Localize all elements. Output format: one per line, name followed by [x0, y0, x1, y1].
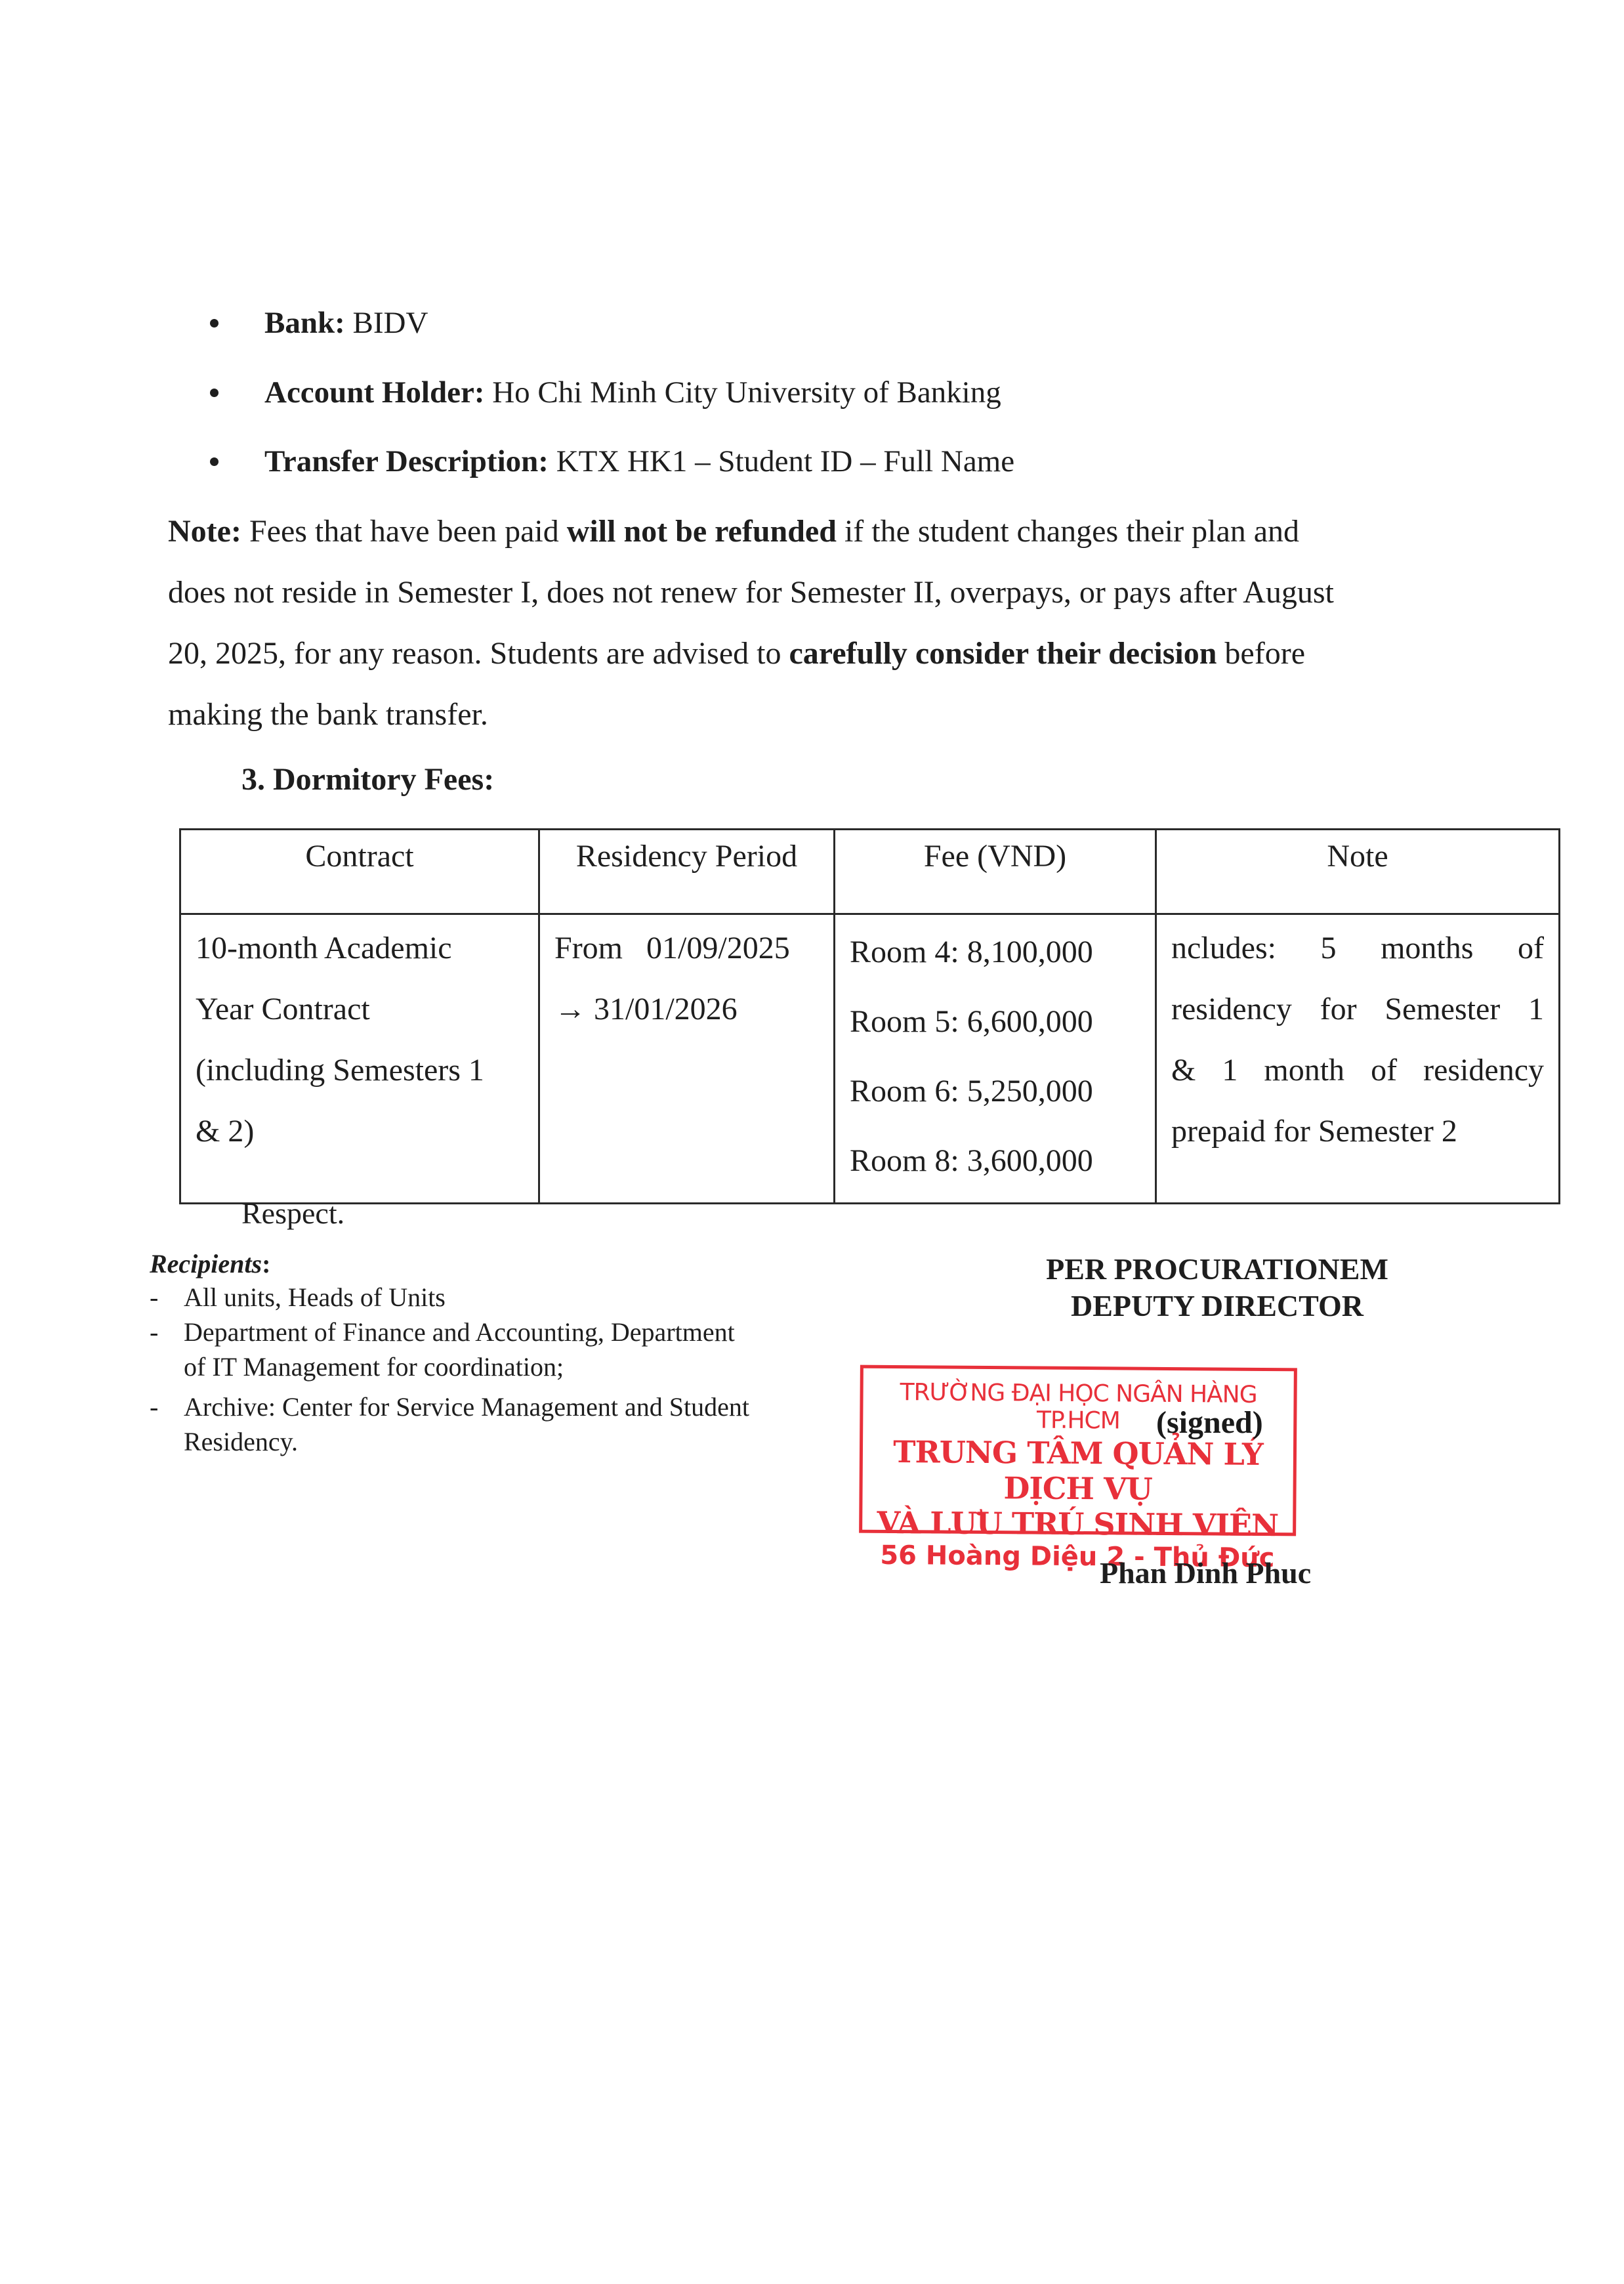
period-line: From 01/09/2025: [554, 918, 833, 979]
dash-icon: -: [150, 1315, 158, 1349]
section-heading: 3. Dormitory Fees:: [241, 761, 494, 797]
period-line: → 31/01/2026: [554, 979, 833, 1040]
bank-label: Bank:: [264, 306, 345, 340]
note-text: does not reside in Semester I, does not …: [168, 562, 1507, 623]
transfer-description-value: KTX HK1 – Student ID – Full Name: [556, 444, 1014, 478]
fee-room-4: Room 4: 8,100,000: [850, 918, 1155, 987]
header-note: Note: [1156, 830, 1560, 914]
contract-line: Year Contract: [196, 979, 538, 1040]
header-residency-period: Residency Period: [539, 830, 835, 914]
recipients-list: - All units, Heads of Units - Department…: [150, 1280, 749, 1459]
bullet-icon: [210, 389, 219, 397]
fee-room-6: Room 6: 5,250,000: [850, 1057, 1155, 1126]
note-text: making the bank transfer.: [168, 684, 1507, 745]
signature-title: PER PROCURATIONEM DEPUTY DIRECTOR: [938, 1251, 1496, 1324]
note-text: 20, 2025, for any reason. Students are a…: [168, 636, 789, 671]
note-emphasis: carefully consider their decision: [789, 636, 1217, 671]
note-line: ncludes: 5 months of: [1171, 918, 1544, 979]
account-holder-value: Ho Chi Minh City University of Banking: [492, 375, 1001, 410]
dormitory-fees-table: Contract Residency Period Fee (VND) Note…: [179, 828, 1560, 1204]
contract-line: (including Semesters 1: [196, 1040, 538, 1101]
note-text: if the student changes their plan and: [837, 514, 1299, 549]
contract-line: & 2): [196, 1101, 538, 1162]
stamp-line: TRUNG TÂM QUẢN LÝ DỊCH VỤ: [862, 1434, 1293, 1508]
cell-fee: Room 4: 8,100,000 Room 5: 6,600,000 Room…: [835, 914, 1156, 1204]
header-fee: Fee (VND): [835, 830, 1156, 914]
recipient-item: - All units, Heads of Units: [150, 1280, 749, 1315]
note-text: before: [1217, 636, 1305, 671]
note-label: Note:: [168, 514, 241, 549]
refund-note: Note: Fees that have been paid will not …: [168, 501, 1507, 745]
note-text: Fees that have been paid: [241, 514, 567, 549]
note-emphasis: will not be refunded: [567, 514, 837, 549]
table-header-row: Contract Residency Period Fee (VND) Note: [180, 830, 1560, 914]
dash-icon: -: [150, 1389, 158, 1424]
table-row: 10-month Academic Year Contract (includi…: [180, 914, 1560, 1204]
signature-line1: PER PROCURATIONEM: [938, 1251, 1496, 1288]
official-stamp: TRƯỜNG ĐẠI HỌC NGÂN HÀNG TP.HCM TRUNG TÂ…: [859, 1365, 1297, 1536]
bank-value: BIDV: [353, 306, 428, 340]
signature-line2: DEPUTY DIRECTOR: [938, 1288, 1496, 1324]
cell-note: ncludes: 5 months of residency for Semes…: [1156, 914, 1560, 1204]
note-line: residency for Semester 1: [1171, 979, 1544, 1040]
transfer-description-label: Transfer Description:: [264, 444, 549, 478]
closing-text: Respect.: [241, 1196, 344, 1231]
stamp-line: VÀ LƯU TRÚ SINH VIÊN: [862, 1505, 1293, 1544]
fee-room-8: Room 8: 3,600,000: [850, 1126, 1155, 1196]
account-holder-label: Account Holder:: [264, 375, 484, 410]
dash-icon: -: [150, 1280, 158, 1315]
recipient-item: - Archive: Center for Service Management…: [150, 1389, 749, 1459]
header-contract: Contract: [180, 830, 539, 914]
cell-contract: 10-month Academic Year Contract (includi…: [180, 914, 539, 1204]
signer-name: Phan Dinh Phuc: [1100, 1555, 1311, 1590]
note-line: & 1 month of residency: [1171, 1040, 1544, 1101]
recipients-heading: Recipients:: [150, 1248, 270, 1279]
bullet-icon: [210, 457, 219, 466]
note-line: prepaid for Semester 2: [1171, 1101, 1544, 1162]
fee-room-5: Room 5: 6,600,000: [850, 987, 1155, 1057]
recipient-item: - Department of Finance and Accounting, …: [150, 1315, 749, 1384]
bullet-icon: [210, 319, 219, 328]
signed-note: (signed): [1156, 1405, 1263, 1441]
contract-line: 10-month Academic: [196, 918, 538, 979]
cell-residency-period: From 01/09/2025 → 31/01/2026: [539, 914, 835, 1204]
